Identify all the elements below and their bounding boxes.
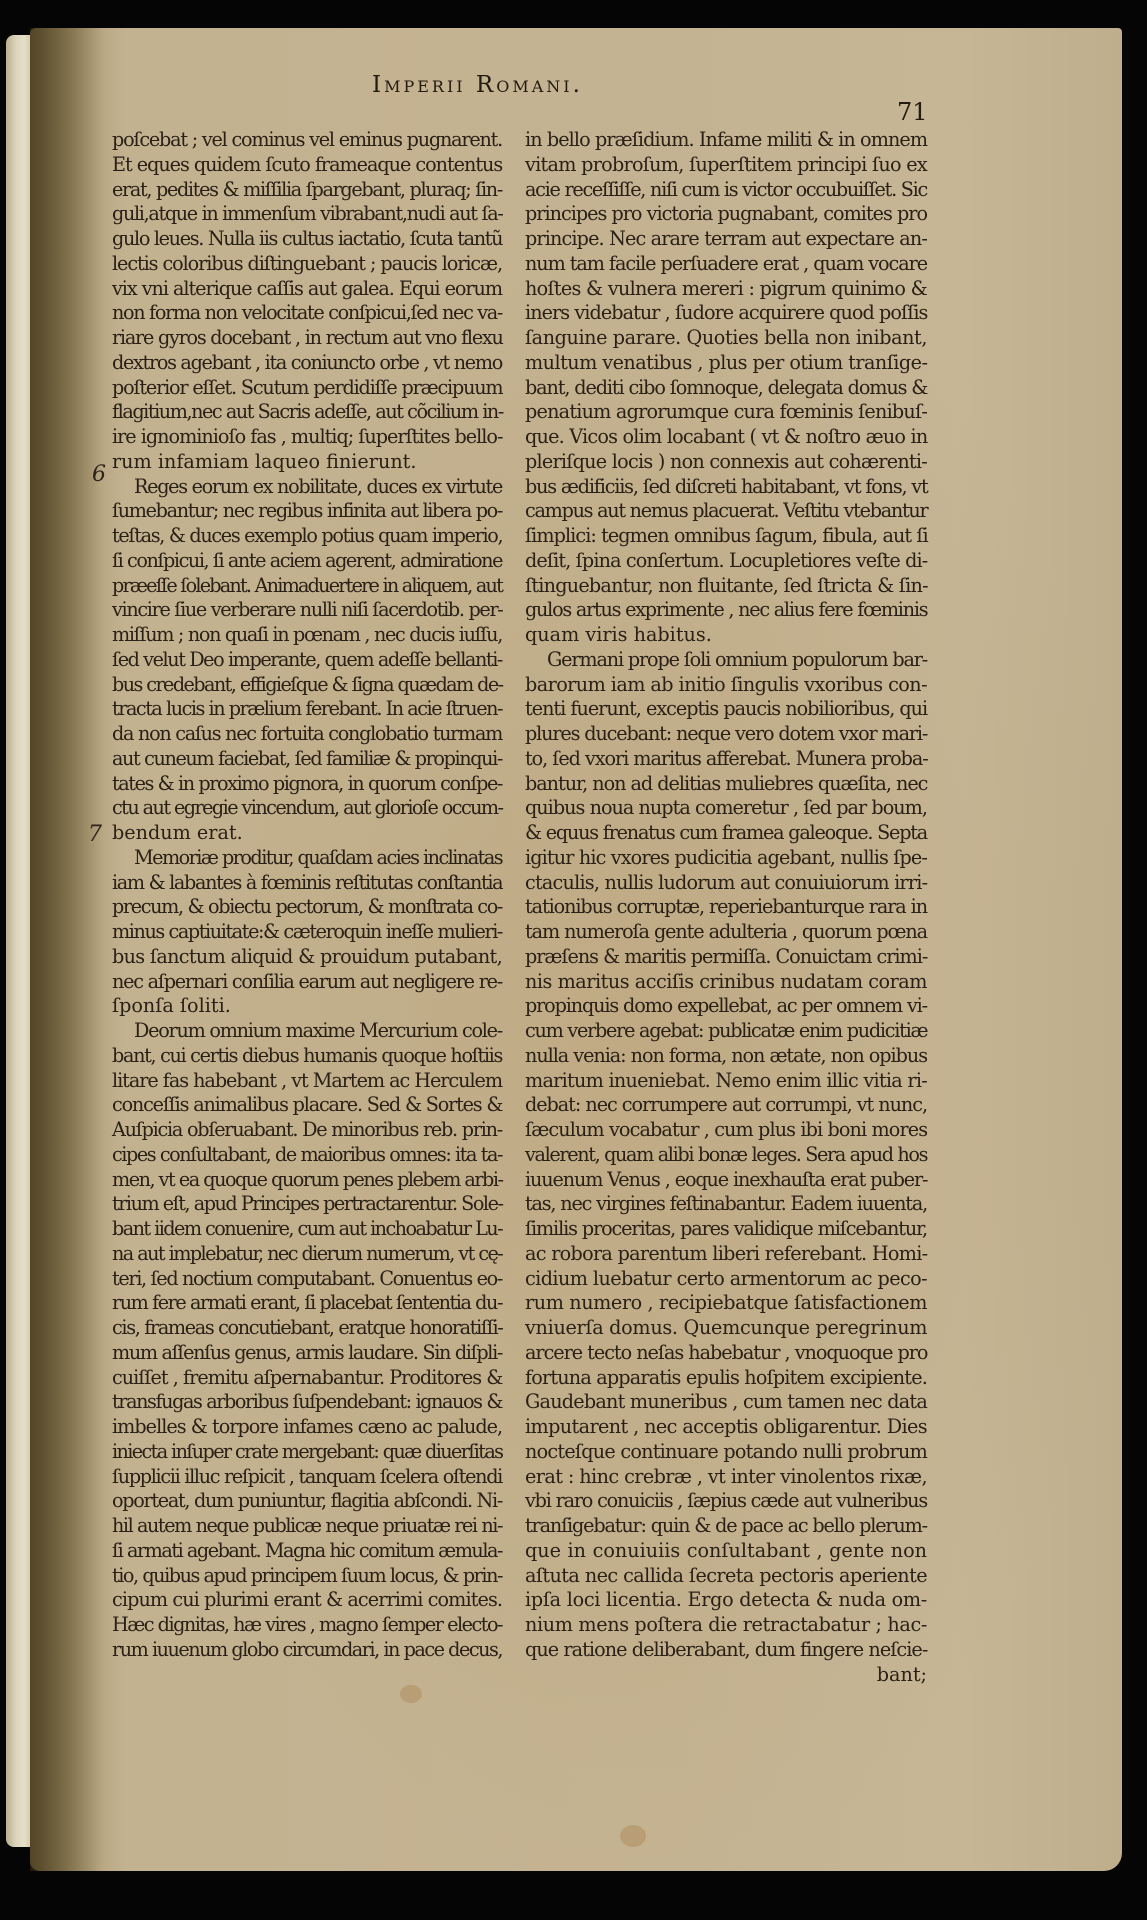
text-line: iniecta inſuper crate mergebant: quæ diu… (112, 1440, 502, 1465)
text-line: non forma non velocitate conſpicui,ſed n… (112, 301, 502, 326)
text-line: cis, frameas concutiebant, eratque honor… (112, 1316, 502, 1341)
text-line: ſi conſpicui, ſi ante aciem agerent, adm… (112, 549, 502, 574)
text-line: conceſſis animalibus placare. Sed & Sort… (112, 1093, 502, 1118)
text-line: deſit, ſpina conſertum. Locupletiores ve… (525, 549, 927, 574)
margin-number-7: 7 (88, 822, 102, 847)
text-line: ire ignominioſo fas , multiq; ſuperſtite… (112, 425, 502, 450)
text-line: bantur, non ad delitias muliebres quæſit… (525, 772, 927, 797)
text-line: Et eques quidem ſcuto frameaque contentu… (112, 153, 502, 178)
running-head: Imperii Romani. (372, 72, 583, 98)
text-line: poſterior eſſet. Scutum perdidiſſe præci… (112, 376, 502, 401)
text-line: lectis coloribus diſtinguebant ; paucis … (112, 252, 502, 277)
text-line: litare fas habebant , vt Martem ac Hercu… (112, 1069, 502, 1094)
text-line: tam numeroſa gente adulteria , quorum pœ… (525, 920, 927, 945)
text-line: ſumebantur; nec regibus infinita aut lib… (112, 499, 502, 524)
text-line: teri, ſed noctium computabant. Conuentus… (112, 1267, 502, 1292)
text-line: vniuerſa domus. Quemcunque peregrinum (525, 1316, 927, 1341)
text-line: transfugas arboribus ſuſpendebant: ignau… (112, 1390, 502, 1415)
text-line: vincire ſiue verberare nulli niſi ſacerd… (112, 598, 502, 623)
text-line: bus credebant, effigieſque & ſigna quæda… (112, 673, 502, 698)
text-line: cum verbere agebat: publicatæ enim pudic… (525, 1019, 927, 1044)
text-line: & equus frenatus cum framea galeoque. Se… (525, 821, 927, 846)
text-line: bant iidem conuenire, cum aut inchoabatu… (112, 1217, 502, 1242)
text-line: ſimplici: tegmen omnibus ſagum, fibula, … (525, 524, 927, 549)
text-line: to, ſed vxori maritus afferebat. Munera … (525, 747, 927, 772)
text-line: fortuna apparatis epulis hoſpitem excipi… (525, 1366, 927, 1391)
text-line: cuiſſet , fremitu aſpernabantur. Prodito… (112, 1366, 502, 1391)
text-line: ctu aut egregie vincendum, aut glorioſe … (112, 796, 502, 821)
text-line: cipes conſultabant, de maioribus omnes: … (112, 1143, 502, 1168)
text-line: præſens & maritis permiſſa. Conuictam cr… (525, 945, 927, 970)
text-line: præeſſe ſolebant. Animaduertere in aliqu… (112, 574, 502, 599)
text-line: iners videbatur , ſudore acquirere quod … (525, 301, 927, 326)
text-line: Auſpicia obſeruabant. De minoribus reb. … (112, 1118, 502, 1143)
text-line: erat : hinc crebræ , vt inter vinolentos… (525, 1465, 927, 1490)
text-line: aut cuneum faciebat, ſed familiæ & propi… (112, 747, 502, 772)
text-line: Deorum omnium maxime Mercurium cole- (112, 1019, 502, 1044)
text-line: miſſum ; non quaſi in pœnam , nec ducis … (112, 623, 502, 648)
text-line: Gaudebant muneribus , cum tamen nec data (525, 1390, 927, 1415)
text-line: gulos artus exprimente , nec alius fere … (525, 598, 927, 623)
text-line: rum infamiam laqueo finierunt. (112, 450, 502, 475)
text-line: tranſigebatur: quin & de pace ac bello p… (525, 1514, 927, 1539)
text-line: ipſa loci licentia. Ergo detecta & nuda … (525, 1588, 927, 1613)
text-line: teſtas, & duces exemplo potius quam impe… (112, 524, 502, 549)
text-line: ſæculum vocabatur , cum plus ibi boni mo… (525, 1118, 927, 1143)
text-line: bant, dediti cibo ſomnoque, delegata dom… (525, 376, 927, 401)
text-line: Germani prope ſoli omnium populorum bar- (525, 648, 927, 673)
text-line: multum venatibus , plus per otium tranſi… (525, 351, 927, 376)
text-line: ac robora parentum liberi referebant. Ho… (525, 1242, 927, 1267)
text-line: igitur hic vxores pudicitia agebant, nul… (525, 846, 927, 871)
text-line: bendum erat. (112, 821, 502, 846)
text-line: Hæc dignitas, hæ vires , magno ſemper el… (112, 1613, 502, 1638)
margin-number-6: 6 (92, 462, 106, 487)
text-line: iuuenum Venus , eoque inexhauſta erat pu… (525, 1168, 927, 1193)
text-line: cipum cui plurimi erant & acerrimi comit… (112, 1588, 502, 1613)
text-line: nocteſque continuare potando nulli probr… (525, 1440, 927, 1465)
text-line: ſupplicii illuc reſpicit , tanquam ſcele… (112, 1465, 502, 1490)
text-line: erat, pedites & miſſilia ſpargebant, plu… (112, 178, 502, 203)
text-line: bant, cui certis diebus humanis quoque h… (112, 1044, 502, 1069)
text-line: ſanguine parare. Quoties bella non iniba… (525, 326, 927, 351)
text-line: ſed velut Deo imperante, quem adeſſe bel… (112, 648, 502, 673)
text-line: nis maritus acciſis crinibus nudatam cor… (525, 970, 927, 995)
text-line: tio, quibus apud principem ſuum locus, &… (112, 1564, 502, 1589)
text-line: propinquis domo expellebat, ac per omnem… (525, 994, 927, 1019)
text-line: tas, nec virgines feſtinabantur. Eadem i… (525, 1192, 927, 1217)
text-line: ſponſa ſoliti. (112, 994, 502, 1019)
text-line: ſtinguebantur, non fluitante, ſed ſtrict… (525, 574, 927, 599)
right-text-column: in bello præſidium. Infame militi & in o… (525, 128, 927, 1687)
text-line: da non caſus nec fortuita conglobatio tu… (112, 722, 502, 747)
text-line: cidium luebatur certo armentorum ac peco… (525, 1267, 927, 1292)
text-line: campus aut nemus placuerat. Veſtitu vteb… (525, 499, 927, 524)
text-line: aſtuta nec callida ſecreta pectoris aper… (525, 1564, 927, 1589)
text-line: ctaculis, nullis ludorum aut conuiuiorum… (525, 871, 927, 896)
text-line: rum fere armati erant, ſi placebat ſente… (112, 1291, 502, 1316)
text-line: precum, & obiectu pectorum, & monſtrata … (112, 895, 502, 920)
text-line: vitam probroſum, ſuperſtitem principi ſu… (525, 153, 927, 178)
text-line: minus captiuitate:& cæteroquin ineſſe mu… (112, 920, 502, 945)
text-line: trium eſt, apud Principes pertractarentu… (112, 1192, 502, 1217)
text-line: nulla venia: non forma, non ætate, non o… (525, 1044, 927, 1069)
text-line: que. Vicos olim locabant ( vt & noſtro æ… (525, 425, 927, 450)
text-line: flagitium,nec aut Sacris adeſſe, aut cõc… (112, 400, 502, 425)
text-line: num tam facile perſuadere erat , quam vo… (525, 252, 927, 277)
text-line: tates & in proximo pignora, in quorum co… (112, 772, 502, 797)
text-line: iam & labantes à fœminis reſtitutas conſ… (112, 871, 502, 896)
text-line: poſcebat ; vel cominus vel eminus pugnar… (112, 128, 502, 153)
text-line: hil autem neque publicæ neque priuatæ re… (112, 1514, 502, 1539)
text-line: quam viris habitus. (525, 623, 927, 648)
text-line: maritum inueniebat. Nemo enim illic viti… (525, 1069, 927, 1094)
stain (400, 1685, 422, 1703)
text-line: ſi armati agebant. Magna hic comitum æmu… (112, 1539, 502, 1564)
text-line: que in conuiuiis conſultabant , gente no… (525, 1539, 927, 1564)
text-line: riare gyros docebant , in rectum aut vno… (112, 326, 502, 351)
catchword: bant; (525, 1663, 927, 1688)
text-line: pleriſque locis ) non connexis aut cohær… (525, 450, 927, 475)
text-line: vix vni alterique caſſis aut galea. Equi… (112, 277, 502, 302)
text-line: na aut implebatur, nec dierum numerum, v… (112, 1242, 502, 1267)
text-line: imputarent , nec acceptis obligarentur. … (525, 1415, 927, 1440)
text-line: barorum iam ab initio ſingulis vxoribus … (525, 673, 927, 698)
text-line: in bello præſidium. Infame militi & in o… (525, 128, 927, 153)
text-line: arcere tecto neſas habebatur , vnoquoque… (525, 1341, 927, 1366)
text-line: quibus noua nupta comeretur , ſed par bo… (525, 796, 927, 821)
text-line: que ratione deliberabant, dum fingere ne… (525, 1638, 927, 1663)
text-line: guli,atque in immenſum vibrabant,nudi au… (112, 202, 502, 227)
text-line: nec aſpernari conſilia earum aut neglige… (112, 970, 502, 995)
text-line: oporteat, dum puniuntur, flagitia abſcon… (112, 1489, 502, 1514)
text-line: plures ducebant: neque vero dotem vxor m… (525, 722, 927, 747)
text-line: debat: nec corrumpere aut corrumpi, vt n… (525, 1093, 927, 1118)
text-line: rum iuuenum globo circumdari, in pace de… (112, 1638, 502, 1663)
text-line: mum aſſenſus genus, armis laudare. Sin d… (112, 1341, 502, 1366)
text-line: hoſtes & vulnera mereri : pigrum quinimo… (525, 277, 927, 302)
text-line: acie receſſiſſe, niſi cum is victor occu… (525, 178, 927, 203)
left-text-column: poſcebat ; vel cominus vel eminus pugnar… (112, 128, 502, 1663)
gutter-shadow (30, 28, 100, 1871)
previous-page-edge (6, 35, 32, 1847)
text-line: bus ſanctum aliquid & prouidum putabant, (112, 945, 502, 970)
text-line: ſimilis proceritas, pares validique miſc… (525, 1217, 927, 1242)
text-line: tenti fuerunt, exceptis paucis nobiliori… (525, 697, 927, 722)
text-line: imbelles & torpore infames cæno ac palud… (112, 1415, 502, 1440)
text-line: rum numero , recipiebatque ſatisfactione… (525, 1291, 927, 1316)
text-line: nium mens poſtera die retractabatur ; ha… (525, 1613, 927, 1638)
text-line: tationibus corruptæ, reperiebanturque ra… (525, 895, 927, 920)
text-line: men, vt ea quoque quorum penes plebem ar… (112, 1168, 502, 1193)
text-line: bus ædificiis, ſed diſcreti habitabant, … (525, 475, 927, 500)
page-number: 71 (897, 98, 928, 126)
text-line: gulo leues. Nulla iis cultus iactatio, ſ… (112, 227, 502, 252)
text-line: Memoriæ proditur, quaſdam acies inclinat… (112, 846, 502, 871)
stain (620, 1825, 646, 1847)
text-line: principes pro victoria pugnabant, comite… (525, 202, 927, 227)
text-line: tracta lucis in prælium ferebant. In aci… (112, 697, 502, 722)
text-line: vbi raro conuiciis , ſæpius cæde aut vul… (525, 1489, 927, 1514)
text-line: principe. Nec arare terram aut expectare… (525, 227, 927, 252)
text-line: Reges eorum ex nobilitate, duces ex virt… (112, 475, 502, 500)
text-line: dextros agebant , ita coniuncto orbe , v… (112, 351, 502, 376)
text-line: valerent, quam alibi bonæ leges. Sera ap… (525, 1143, 927, 1168)
text-line: penatium agrorumque cura fœminis ſenibuſ… (525, 400, 927, 425)
